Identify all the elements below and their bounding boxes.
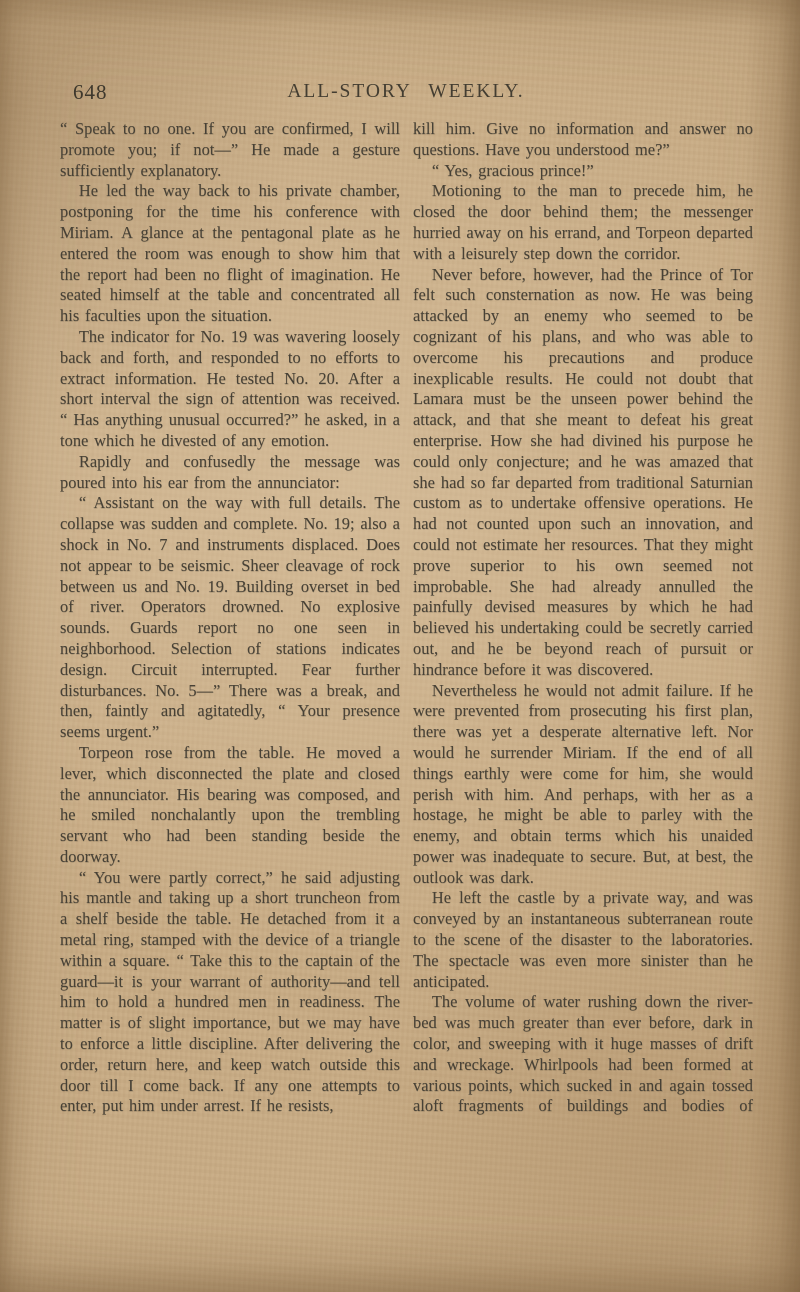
- paragraph: Nevertheless he would not admit failure.…: [413, 681, 753, 889]
- running-title: ALL-STORY WEEKLY.: [60, 81, 752, 103]
- paragraph: “ Speak to no one. If you are confirmed,…: [60, 119, 400, 181]
- paragraph: Torpeon rose from the table. He moved a …: [60, 743, 400, 868]
- text-column-left: “ Speak to no one. If you are confirmed,…: [60, 119, 400, 1117]
- text-column-right: kill him. Give no information and answer…: [413, 119, 753, 1117]
- paragraph: “ You were partly correct,” he said adju…: [60, 868, 400, 1118]
- paragraph: Rapidly and confusedly the message was p…: [60, 452, 400, 494]
- paragraph: Motioning to the man to precede him, he …: [413, 181, 753, 264]
- paragraph: He led the way back to his private chamb…: [60, 181, 400, 327]
- paragraph: Never before, however, had the Prince of…: [413, 265, 753, 681]
- paragraph: He left the castle by a private way, and…: [413, 888, 753, 992]
- paragraph: “ Yes, gracious prince!”: [413, 161, 753, 182]
- paragraph: “ Assistant on the way with full details…: [60, 493, 400, 743]
- paragraph: The volume of water rushing down the riv…: [413, 992, 753, 1117]
- paragraph: kill him. Give no information and answer…: [413, 119, 753, 161]
- paragraph: The indicator for No. 19 was wavering lo…: [60, 327, 400, 452]
- text-body: “ Speak to no one. If you are confirmed,…: [60, 119, 752, 1117]
- page-header: 648 ALL-STORY WEEKLY.: [60, 80, 752, 106]
